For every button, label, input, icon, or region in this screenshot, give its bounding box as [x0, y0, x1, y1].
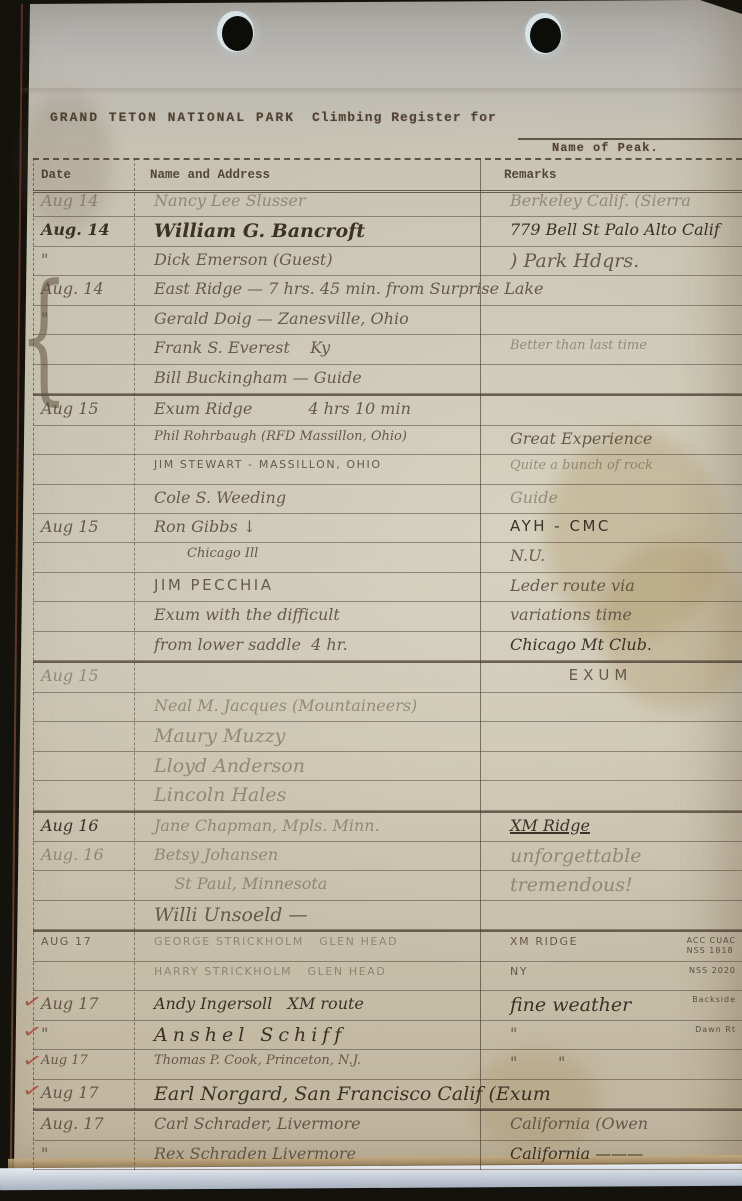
date-text: Aug 17 [41, 1053, 88, 1068]
name-cell: William G. Bancroft [142, 217, 500, 245]
name-cell: Chicago Ill [142, 543, 500, 571]
register-row: Exum with the difficultvariations time [33, 602, 742, 631]
name-cell: JIM STEWART - MASSILLON, OHIO [142, 455, 500, 483]
document-photo: GRAND TETON NATIONAL PARK Climbing Regis… [0, 0, 742, 1201]
name-cell: Maury Muzzy [142, 722, 500, 750]
date-cell: Aug 17✓ [33, 991, 142, 1019]
date-cell [33, 455, 142, 483]
register-row: Aug 16Jane Chapman, Mpls. Minn.XM Ridge [33, 811, 742, 842]
remarks-text: EXUM [510, 666, 632, 684]
register-row: Lincoln Hales [33, 781, 742, 810]
red-checkmark-icon: ✓ [20, 1049, 44, 1075]
name-cell: Exum with the difficult [142, 602, 500, 630]
remarks-note: ACC CUAC NSS 1818 [687, 935, 742, 954]
remarks-cell: Great Experience [500, 426, 742, 454]
register-body: Aug 14Nancy Lee SlusserBerkeley Calif. (… [33, 188, 742, 1170]
remarks-note: Backside [692, 994, 742, 1004]
remarks-cell [500, 752, 742, 780]
register-row: JIM STEWART - MASSILLON, OHIOQuite a bun… [33, 455, 742, 484]
date-text: Aug 17 [41, 1083, 99, 1102]
register-row: Aug. 17Carl Schrader, LivermoreCaliforni… [33, 1109, 742, 1140]
name-text: JIM PECCHIA [154, 576, 274, 594]
date-cell: Aug. 17 [33, 1111, 142, 1139]
park-title: GRAND TETON NATIONAL PARK [50, 110, 295, 125]
name-cell: Betsy Johansen [142, 842, 500, 870]
date-cell [33, 543, 142, 571]
name-cell: Ron Gibbs ↓ [142, 514, 500, 542]
remarks-text: Chicago Mt Club. [510, 635, 652, 654]
remarks-text: fine weather [510, 994, 631, 1017]
remarks-cell: California (Owen [500, 1111, 742, 1139]
register-row: Cole S. WeedingGuide [33, 485, 742, 514]
name-text: Ron Gibbs ↓ [154, 517, 256, 536]
remarks-cell: " " [500, 1050, 742, 1078]
punch-hole-right [530, 18, 561, 53]
date-cell: Aug. 16 [33, 842, 142, 870]
name-cell: Thomas P. Cook, Princeton, N.J. [142, 1050, 500, 1078]
name-text: Thomas P. Cook, Princeton, N.J. [154, 1053, 361, 1068]
remarks-text: Quite a bunch of rock [510, 458, 653, 474]
name-cell: Carl Schrader, Livermore [142, 1111, 500, 1139]
name-cell: Jane Chapman, Mpls. Minn. [142, 813, 500, 841]
remarks-text: 779 Bell St Palo Alto Calif [510, 220, 720, 239]
date-cell [33, 632, 142, 660]
name-text: Willi Unsoeld — [154, 904, 308, 926]
name-cell: Neal M. Jacques (Mountaineers) [142, 693, 500, 721]
remarks-text: Guide [510, 488, 558, 507]
date-text: Aug 15 [41, 399, 99, 418]
remarks-text: Better than last time [510, 338, 647, 354]
remarks-cell: Chicago Mt Club. [500, 632, 742, 660]
date-cell: "✓ [33, 1021, 142, 1049]
name-cell: Willi Unsoeld — [142, 901, 500, 929]
date-cell: AUG 17 [33, 932, 142, 960]
register-row: "Rex Schraden LivermoreCalifornia ——— [33, 1141, 742, 1170]
remarks-note: NSS 2020 [689, 965, 742, 975]
name-text: Phil Rohrbaugh (RFD Massillon, Ohio) [154, 429, 407, 444]
register-row: Aug 17✓Andy Ingersoll XM routefine weath… [33, 991, 742, 1020]
register-row: "Dick Emerson (Guest)) Park Hdqrs. [33, 247, 742, 276]
remarks-text: unforgettable [510, 845, 642, 868]
name-cell: Gerald Doig — Zanesville, Ohio [142, 306, 500, 334]
name-text: St Paul, Minnesota [154, 874, 327, 893]
name-cell: Exum Ridge 4 hrs 10 min [142, 396, 500, 424]
red-checkmark-icon: ✓ [20, 990, 44, 1016]
column-header-remarks: Remarks [496, 168, 742, 182]
name-cell: Anshel Schiff [142, 1021, 500, 1049]
peak-caption: Name of Peak. [552, 141, 659, 155]
remarks-cell: 779 Bell St Palo Alto Calif [500, 217, 742, 245]
remarks-cell: "Dawn Rt [500, 1021, 742, 1049]
date-cell [33, 693, 142, 721]
remarks-text: tremendous! [510, 874, 633, 897]
name-text: Exum with the difficult [154, 605, 340, 624]
date-cell [33, 722, 142, 750]
column-header-name: Name and Address [142, 168, 496, 182]
register-row: Chicago IllN.U. [33, 543, 742, 572]
name-cell: Phil Rohrbaugh (RFD Massillon, Ohio) [142, 426, 500, 454]
date-text: Aug 15 [41, 517, 99, 536]
climbing-register-table: { Date Name and Address Remarks Aug 14Na… [33, 158, 742, 1170]
register-row: Aug 17✓Earl Norgard, San Francisco Calif… [33, 1080, 742, 1109]
register-row: from lower saddle 4 hr.Chicago Mt Club. [33, 632, 742, 661]
paper-crease [20, 88, 742, 95]
remarks-cell: XM Ridge [500, 813, 742, 841]
register-row: Bill Buckingham — Guide [33, 365, 742, 394]
name-text: Chicago Ill [154, 546, 258, 561]
name-text: Cole S. Weeding [154, 488, 286, 507]
date-cell [33, 602, 142, 630]
remarks-cell: Quite a bunch of rock [500, 455, 742, 483]
remarks-cell: AYH - CMC [500, 514, 742, 542]
register-row: "✓Anshel Schiff"Dawn Rt [33, 1021, 742, 1050]
name-text: Andy Ingersoll XM route [154, 994, 364, 1013]
register-row: Aug 14Nancy Lee SlusserBerkeley Calif. (… [33, 188, 742, 217]
name-cell: Lincoln Hales [142, 781, 500, 809]
date-cell: Aug 14 [33, 188, 142, 216]
name-text: Carl Schrader, Livermore [154, 1114, 361, 1133]
date-cell: Aug 17✓ [33, 1050, 142, 1078]
name-cell: Cole S. Weeding [142, 485, 500, 513]
name-cell [142, 663, 500, 691]
name-text: Jane Chapman, Mpls. Minn. [154, 816, 380, 835]
remarks-cell: EXUM [500, 663, 742, 691]
remarks-cell: NYNSS 2020 [500, 962, 742, 990]
peak-name-blank-line [518, 138, 742, 140]
name-text: Rex Schraden Livermore [154, 1144, 356, 1163]
name-cell: Rex Schraden Livermore [142, 1141, 500, 1169]
remarks-text: Berkeley Calif. (Sierra [510, 191, 691, 210]
name-cell: Andy Ingersoll XM route [142, 991, 500, 1019]
remarks-cell: tremendous! [500, 871, 742, 899]
remarks-cell [500, 722, 742, 750]
remarks-text: Great Experience [510, 429, 652, 448]
name-text: Maury Muzzy [154, 725, 285, 747]
name-cell: Frank S. Everest Ky [142, 335, 500, 363]
date-cell: Aug 15 [33, 663, 142, 691]
name-text: Nancy Lee Slusser [154, 191, 306, 210]
remarks-cell: fine weatherBackside [500, 991, 742, 1019]
date-text: AUG 17 [41, 935, 92, 948]
remarks-cell: variations time [500, 602, 742, 630]
date-cell [33, 781, 142, 809]
name-cell: St Paul, Minnesota [142, 871, 500, 899]
date-cell: " [33, 306, 142, 334]
remarks-cell: XM RIDGEACC CUAC NSS 1818 [500, 932, 742, 960]
remarks-cell [500, 901, 742, 929]
name-cell: Lloyd Anderson [142, 752, 500, 780]
register-label: Climbing Register for [312, 110, 497, 125]
register-row: Phil Rohrbaugh (RFD Massillon, Ohio)Grea… [33, 426, 742, 455]
remarks-cell [500, 1080, 742, 1108]
remarks-text: " " [510, 1053, 565, 1072]
column-header-date: Date [33, 168, 142, 182]
remarks-cell: Berkeley Calif. (Sierra [500, 188, 742, 216]
remarks-cell [500, 306, 742, 334]
name-text: from lower saddle 4 hr. [154, 635, 348, 654]
date-cell [33, 871, 142, 899]
register-row: Maury Muzzy [33, 722, 742, 751]
name-cell: Bill Buckingham — Guide [142, 365, 500, 393]
date-cell [33, 365, 142, 393]
name-cell: JIM PECCHIA [142, 573, 500, 601]
remarks-cell: unforgettable [500, 842, 742, 870]
register-row: Aug. 16Betsy Johansenunforgettable [33, 842, 742, 871]
date-cell: Aug 17✓ [33, 1080, 142, 1108]
name-text: Frank S. Everest Ky [154, 338, 330, 357]
red-checkmark-icon: ✓ [20, 1019, 44, 1045]
remarks-text: California ——— [510, 1144, 643, 1163]
remarks-text: N.U. [510, 546, 545, 565]
name-text: HARRY STRICKHOLM GLEN HEAD [154, 965, 386, 978]
date-cell [33, 335, 142, 363]
date-cell [33, 426, 142, 454]
date-cell: " [33, 247, 142, 275]
date-cell [33, 901, 142, 929]
date-text: Aug. 17 [41, 1114, 104, 1133]
remarks-text: AYH - CMC [510, 517, 611, 535]
name-text: Anshel Schiff [154, 1024, 346, 1046]
date-cell [33, 485, 142, 513]
register-row: Aug. 14East Ridge — 7 hrs. 45 min. from … [33, 276, 742, 305]
date-cell [33, 962, 142, 990]
register-row: Neal M. Jacques (Mountaineers) [33, 693, 742, 722]
remarks-cell: Better than last time [500, 335, 742, 363]
date-cell: Aug 16 [33, 813, 142, 841]
register-row: Lloyd Anderson [33, 752, 742, 781]
date-text: Aug. 16 [41, 845, 104, 864]
remarks-text: XM Ridge [510, 816, 590, 835]
remarks-text: California (Owen [510, 1114, 648, 1133]
remarks-text: ) Park Hdqrs. [510, 250, 639, 273]
remarks-note: Dawn Rt [695, 1024, 742, 1034]
register-row: AUG 17GEORGE STRICKHOLM GLEN HEADXM RIDG… [33, 930, 742, 961]
date-text: Aug 14 [41, 191, 99, 210]
remarks-text: variations time [510, 605, 632, 624]
date-text: " [41, 1144, 48, 1163]
date-cell: Aug. 14 [33, 276, 142, 304]
name-cell: Nancy Lee Slusser [142, 188, 500, 216]
register-row: Aug 15Exum Ridge 4 hrs 10 min [33, 394, 742, 425]
remarks-cell: California ——— [500, 1141, 742, 1169]
date-cell [33, 752, 142, 780]
date-text: Aug 15 [41, 666, 99, 685]
remarks-cell [500, 693, 742, 721]
name-text: GEORGE STRICKHOLM GLEN HEAD [154, 935, 398, 948]
date-cell: " [33, 1141, 142, 1169]
remarks-cell: Guide [500, 485, 742, 513]
date-text: Aug. 14 [41, 220, 110, 239]
date-text: Aug 17 [41, 994, 99, 1013]
remarks-cell: N.U. [500, 543, 742, 571]
register-row: Aug 15 EXUM [33, 661, 742, 692]
remarks-cell: ) Park Hdqrs. [500, 247, 742, 275]
name-cell: Earl Norgard, San Francisco Calif (Exum [142, 1080, 500, 1108]
name-text: Betsy Johansen [154, 845, 278, 864]
name-text: Gerald Doig — Zanesville, Ohio [154, 309, 409, 328]
remarks-cell [500, 276, 742, 304]
name-text: William G. Bancroft [154, 220, 365, 242]
name-text: Exum Ridge 4 hrs 10 min [154, 399, 411, 418]
date-text: " [41, 309, 48, 328]
name-text: Earl Norgard, San Francisco Calif (Exum [154, 1083, 551, 1105]
register-row: St Paul, Minnesotatremendous! [33, 871, 742, 900]
date-cell: Aug 15 [33, 514, 142, 542]
name-cell: GEORGE STRICKHOLM GLEN HEAD [142, 932, 500, 960]
punch-hole-left [222, 16, 253, 51]
name-cell: from lower saddle 4 hr. [142, 632, 500, 660]
remarks-text: Leder route via [510, 576, 635, 595]
name-text: Lloyd Anderson [154, 755, 305, 777]
name-text: Dick Emerson (Guest) [154, 250, 333, 269]
register-row: "Gerald Doig — Zanesville, Ohio [33, 306, 742, 335]
name-text: East Ridge — 7 hrs. 45 min. from Surpris… [154, 279, 544, 298]
remarks-cell [500, 365, 742, 393]
name-cell: East Ridge — 7 hrs. 45 min. from Surpris… [142, 276, 500, 304]
remarks-cell [500, 396, 742, 424]
name-text: Lincoln Hales [154, 784, 286, 806]
date-cell: Aug 15 [33, 396, 142, 424]
date-text: " [41, 250, 48, 269]
register-row: HARRY STRICKHOLM GLEN HEADNYNSS 2020 [33, 962, 742, 991]
date-text: Aug 16 [41, 816, 99, 835]
register-row: Aug. 14William G. Bancroft779 Bell St Pa… [33, 217, 742, 246]
register-row: Frank S. Everest KyBetter than last time [33, 335, 742, 364]
date-cell [33, 573, 142, 601]
name-cell: Dick Emerson (Guest) [142, 247, 500, 275]
date-cell: Aug. 14 [33, 217, 142, 245]
register-row: Willi Unsoeld — [33, 901, 742, 930]
register-row: Aug 15Ron Gibbs ↓AYH - CMC [33, 514, 742, 543]
name-cell: HARRY STRICKHOLM GLEN HEAD [142, 962, 500, 990]
remarks-cell: Leder route via [500, 573, 742, 601]
red-checkmark-icon: ✓ [20, 1078, 44, 1104]
remarks-text: " [510, 1024, 517, 1043]
register-row: Aug 17✓Thomas P. Cook, Princeton, N.J." … [33, 1050, 742, 1079]
remarks-text: XM RIDGE [510, 935, 578, 948]
name-text: JIM STEWART - MASSILLON, OHIO [154, 458, 382, 471]
date-text: Aug. 14 [41, 279, 104, 298]
remarks-text: NY [510, 965, 528, 978]
name-text: Neal M. Jacques (Mountaineers) [154, 696, 417, 715]
register-row: JIM PECCHIALeder route via [33, 573, 742, 602]
name-text: Bill Buckingham — Guide [154, 368, 362, 387]
remarks-cell [500, 781, 742, 809]
